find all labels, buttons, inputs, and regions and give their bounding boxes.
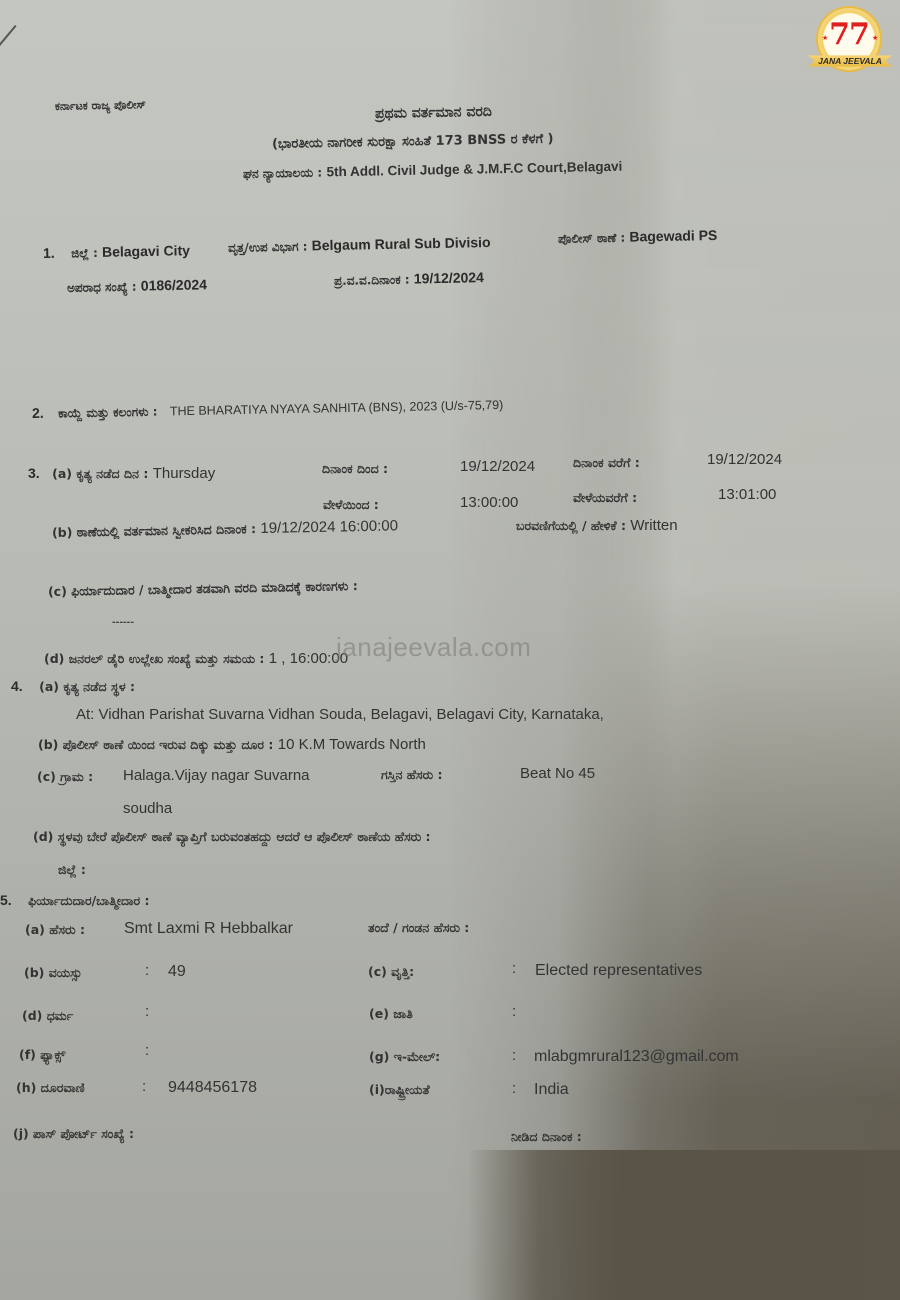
nationality-colon: : [512, 1080, 516, 1097]
phone-label: (h) ದೂರವಾಣಿ [16, 1080, 85, 1096]
date-from-label: ದಿನಾಂಕ ದಿಂದ : [322, 461, 388, 477]
time-to-label: ವೇಳೆಯವರೆಗೆ : [573, 490, 637, 506]
section-3-d: (d) ಜನರಲ್ ಡೈರಿ ಉಲ್ಲೇಖ ಸಂಖ್ಯೆ ಮತ್ತು ಸಮಯ :… [44, 650, 348, 668]
village-value-line-2: soudha [123, 800, 172, 817]
station-label: ಪೊಲೀಸ್ ಠಾಣೆ : [558, 231, 630, 246]
section-5-title: 5. ಫಿರ್ಯಾದುದಾರ/ಬಾತ್ಮೀದಾರ : [0, 892, 149, 910]
nationality-label: (i)ರಾಷ್ಟ್ರೀಯತೆ [369, 1082, 430, 1098]
logo-brand: JANA JEEVALA [808, 55, 892, 67]
court-value: 5th Addl. Civil Judge & J.M.F.C Court,Be… [326, 159, 622, 180]
station-value: Bagewadi PS [629, 227, 717, 245]
acts-value: THE BHARATIYA NYAYA SANHITA (BNS), 2023 … [170, 398, 504, 418]
caste-colon: : [512, 1003, 516, 1020]
day-value: Thursday [153, 465, 216, 482]
station-field: ಪೊಲೀಸ್ ಠಾಣೆ : Bagewadi PS [558, 227, 718, 248]
report-mode-label: ಬರವಣಿಗೆಯಲ್ಲಿ / ಹೇಳಿಕೆ : [516, 518, 630, 533]
religion-label: (d) ಧರ್ಮ [22, 1008, 73, 1024]
section-3-b: (b) ಠಾಣೆಯಲ್ಲಿ ವರ್ತಮಾನ ಸ್ವೀಕರಿಸಿದ ದಿನಾಂಕ … [52, 517, 398, 542]
section-2: 2. ಕಾಯ್ದೆ ಮತ್ತು ಕಲಂಗಳು : THE BHARATIYA N… [32, 396, 504, 423]
bottom-shadow [0, 1150, 900, 1300]
nationality-value: India [534, 1081, 569, 1099]
acts-label: ಕಾಯ್ದೆ ಮತ್ತು ಕಲಂಗಳು : [58, 405, 158, 421]
beat-value: Beat No 45 [520, 765, 595, 782]
phone-value: 9448456178 [168, 1079, 257, 1097]
star-icon: ★ [872, 34, 878, 42]
phone-colon: : [142, 1078, 146, 1095]
village-value-line-1: Halaga.Vijay nagar Suvarna [123, 767, 310, 784]
email-colon: : [512, 1047, 516, 1064]
name-value: Smt Laxmi R Hebbalkar [124, 920, 293, 938]
received-date-value: 19/12/2024 16:00:00 [260, 517, 398, 537]
religion-colon: : [145, 1003, 149, 1020]
complainant-title: ಫಿರ್ಯಾದುದಾರ/ಬಾತ್ಮೀದಾರ : [28, 893, 149, 908]
section-4-b: (b) ಪೊಲೀಸ್ ಠಾಣೆ ಯಿಂದ ಇರುವ ದಿಕ್ಕು ಮತ್ತು ದ… [38, 736, 426, 754]
fir-date-field: ಪ್ರ.ವ.ವ.ದಿನಾಂಕ : 19/12/2024 [334, 269, 484, 290]
org-name: ಕರ್ನಾಟಕ ರಾಜ್ಯ ಪೊಲೀಸ್ [55, 98, 146, 114]
logo-number: 77 [826, 18, 872, 52]
age-colon: : [145, 962, 149, 979]
issued-date-label: ನೀಡಿದ ದಿನಾಂಕ : [511, 1129, 582, 1145]
subtitle-text: (ಭಾರತೀಯ ನಾಗರೀಕ ಸುರಕ್ಷಾ ಸಂಹಿತೆ 173 BNSS ರ… [272, 132, 554, 152]
pen-mark [0, 25, 17, 55]
age-value: 49 [168, 963, 186, 981]
email-label: (g) ಇ-ಮೇಲ್: [369, 1049, 440, 1065]
report-mode-field: ಬರವಣಿಗೆಯಲ್ಲಿ / ಹೇಳಿಕೆ : Written [516, 517, 678, 535]
section-number: 4. [11, 678, 23, 694]
district-label: ಜಿಲ್ಲೆ : [71, 246, 102, 261]
other-district-label: ಜಿಲ್ಲೆ : [58, 862, 86, 878]
received-date-label: (b) ಠಾಣೆಯಲ್ಲಿ ವರ್ತಮಾನ ಸ್ವೀಕರಿಸಿದ ದಿನಾಂಕ … [52, 521, 261, 540]
occupation-label: (c) ವೃತ್ತಿ: [368, 964, 414, 980]
district-value: Belagavi City [102, 242, 190, 260]
section-number: 3. [28, 465, 40, 481]
crime-number-value: 0186/2024 [141, 276, 207, 293]
direction-distance-value: 10 K.M Towards North [278, 736, 426, 753]
page-title: ಪ್ರಥಮ ವರ್ತಮಾನ ವರದಿ [375, 104, 492, 122]
section-number: 5. [0, 892, 12, 908]
gd-reference-label: (d) ಜನರಲ್ ಡೈರಿ ಉಲ್ಲೇಖ ಸಂಖ್ಯೆ ಮತ್ತು ಸಮಯ : [44, 651, 269, 666]
time-from-label: ವೇಳೆಯಿಂದ : [323, 497, 379, 513]
date-to-label: ದಿನಾಂಕ ವರೆಗೆ : [573, 455, 640, 471]
court-label: ಘನ ನ್ಯಾಯಾಲಯ : [243, 165, 322, 181]
section-3-a: 3. (a) ಕೃತ್ಯ ನಡೆದ ದಿನ : Thursday [28, 465, 215, 483]
direction-distance-label: (b) ಪೊಲೀಸ್ ಠಾಣೆ ಯಿಂದ ಇರುವ ದಿಕ್ಕು ಮತ್ತು ದ… [38, 737, 278, 752]
day-label: (a) ಕೃತ್ಯ ನಡೆದ ದಿನ : [52, 466, 153, 481]
occupation-colon: : [512, 960, 516, 977]
section-4-a: 4. (a) ಕೃತ್ಯ ನಡೆದ ಸ್ಥಳ : [11, 678, 135, 696]
watermark: janajeevala.com [336, 632, 531, 663]
court-line: ಘನ ನ್ಯಾಯಾಲಯ : 5th Addl. Civil Judge & J.… [243, 158, 623, 183]
section-number: 1. [43, 245, 55, 261]
beat-label: ಗಸ್ತಿನ ಹೆಸರು : [381, 767, 443, 783]
subtitle: (ಭಾರತೀಯ ನಾಗರೀಕ ಸುರಕ್ಷಾ ಸಂಹಿತೆ 173 BNSS ರ… [272, 130, 554, 153]
date-from-value: 19/12/2024 [460, 458, 535, 475]
age-label: (b) ವಯಸ್ಸು [24, 965, 82, 981]
caste-label: (e) ಜಾತಿ [369, 1006, 413, 1022]
place-value: At: Vidhan Parishat Suvarna Vidhan Souda… [76, 706, 604, 723]
fir-date-value: 19/12/2024 [414, 269, 484, 286]
name-label: (a) ಹೆಸರು : [25, 922, 85, 938]
village-label: (c) ಗ್ರಾಮ : [37, 769, 93, 785]
fax-colon: : [145, 1042, 149, 1059]
subdivision-field: ವೃತ್ತ/ಉಪ ವಿಭಾಗ : Belgaum Rural Sub Divis… [228, 234, 491, 257]
email-value: mlabgmrural123@gmail.com [534, 1048, 739, 1066]
other-station-label: (d) ಸ್ಥಳವು ಬೇರೆ ಪೊಲೀಸ್ ಠಾಣೆ ವ್ಯಾಪ್ತಿಗೆ ಬ… [33, 829, 431, 845]
father-husband-label: ತಂದೆ / ಗಂಡನ ಹೆಸರು : [368, 920, 469, 936]
subdivision-value: Belgaum Rural Sub Divisio [311, 234, 490, 253]
place-label: (a) ಕೃತ್ಯ ನಡೆದ ಸ್ಥಳ : [39, 679, 135, 694]
date-to-value: 19/12/2024 [707, 451, 782, 468]
section-1-row-1: 1. ಜಿಲ್ಲೆ : Belagavi City [43, 242, 190, 263]
delay-reason-value: ------ [112, 616, 134, 628]
section-number: 2. [32, 405, 44, 421]
report-mode-value: Written [630, 517, 677, 534]
occupation-value: Elected representatives [535, 962, 702, 980]
time-from-value: 13:00:00 [460, 494, 518, 511]
fax-label: (f) ಫ್ಯಾಕ್ಸ್ [19, 1047, 65, 1063]
fir-date-label: ಪ್ರ.ವ.ವ.ದಿನಾಂಕ : [334, 272, 414, 288]
crime-number-label: ಅಪರಾಧ ಸಂಖ್ಯೆ : [67, 280, 141, 295]
delay-reason-label: (c) ಫಿರ್ಯಾದುದಾರ / ಬಾತ್ಮೀದಾರ ತಡವಾಗಿ ವರದಿ … [48, 578, 358, 600]
jana-jeevala-logo: ★ ★ 77 JANA JEEVALA [808, 4, 892, 80]
subdivision-label: ವೃತ್ತ/ಉಪ ವಿಭಾಗ : [228, 239, 312, 255]
crime-number-field: ಅಪರಾಧ ಸಂಖ್ಯೆ : 0186/2024 [67, 276, 207, 297]
time-to-value: 13:01:00 [718, 486, 776, 503]
passport-label: (j) ಪಾಸ್ ಪೋರ್ಟ್ ಸಂಖ್ಯೆ : [13, 1126, 134, 1142]
